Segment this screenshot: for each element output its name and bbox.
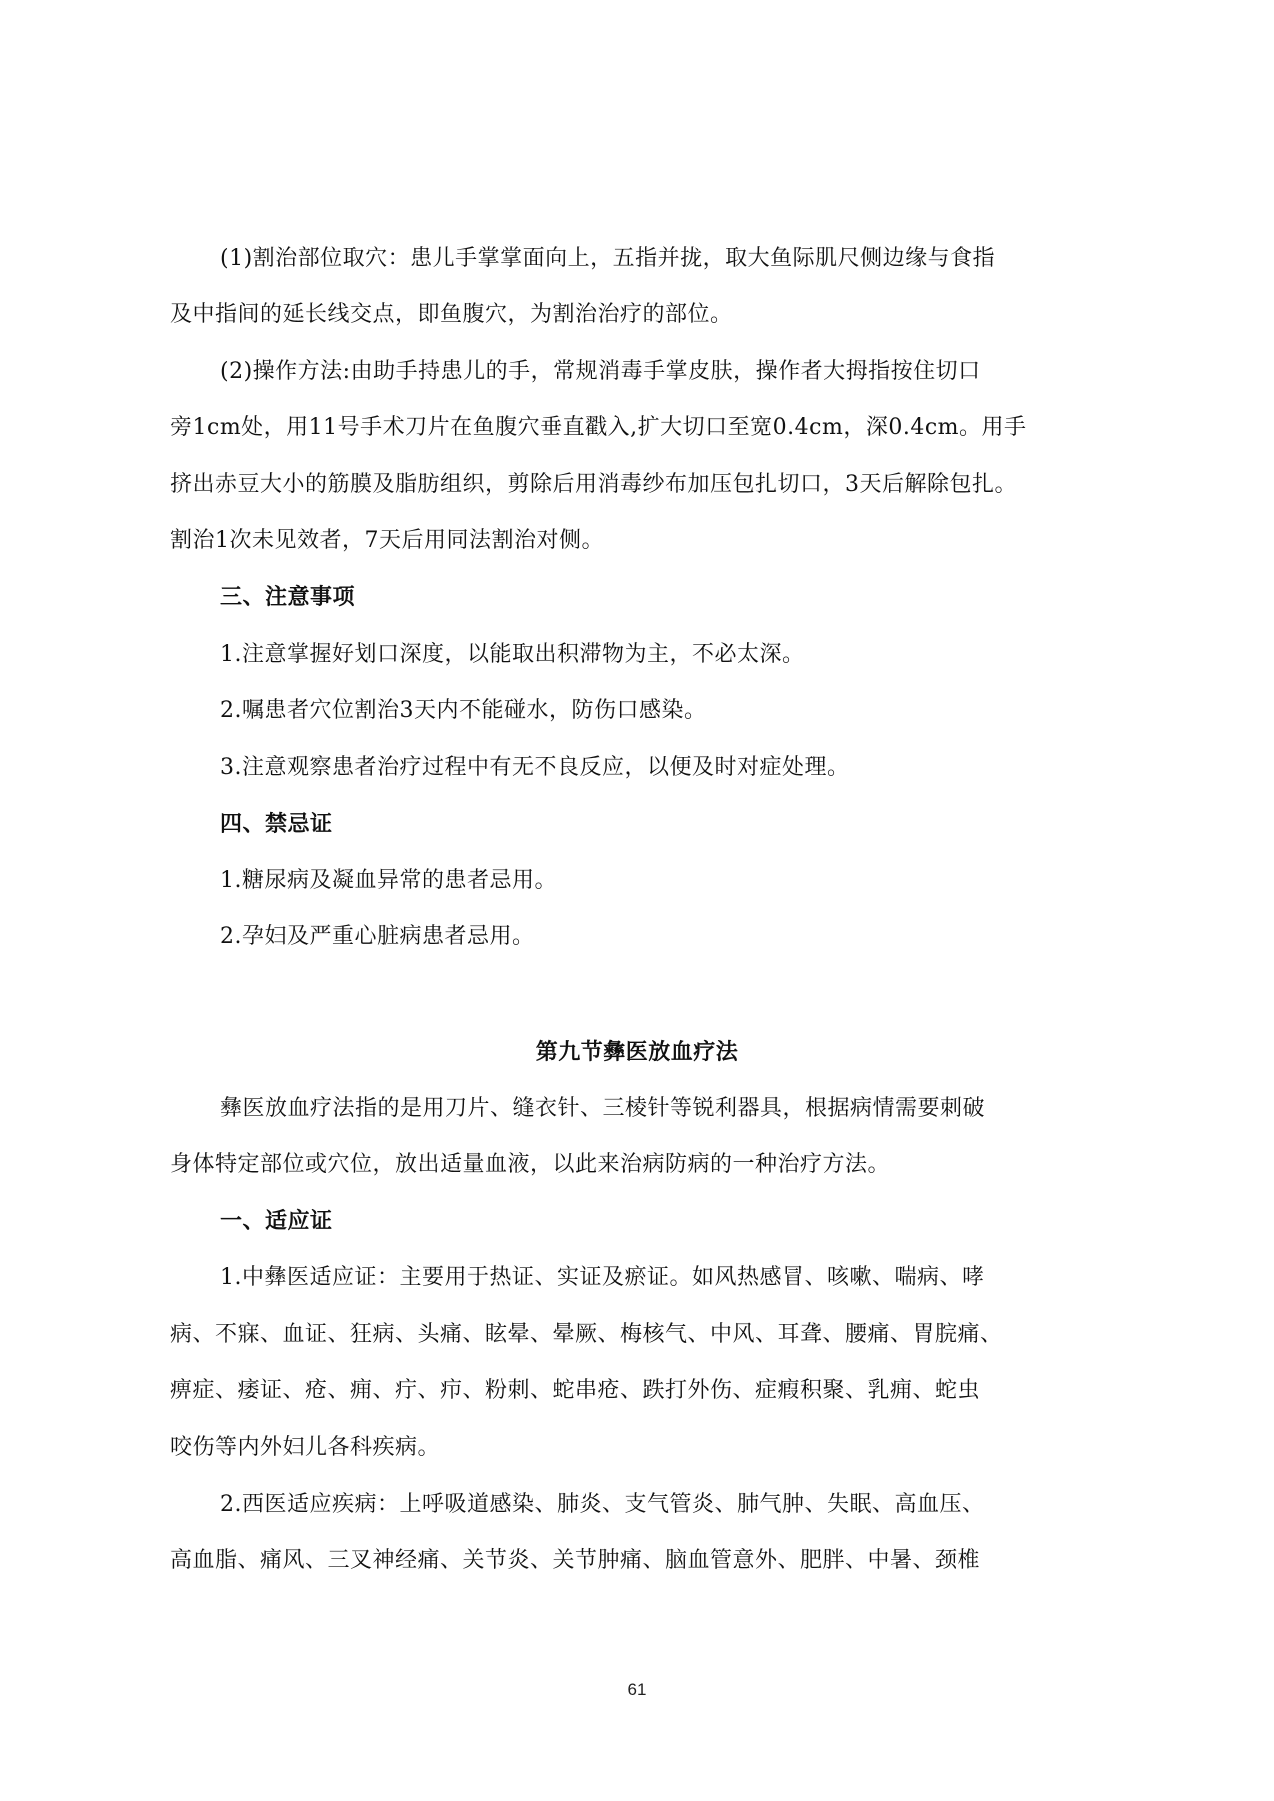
paragraph-line: 旁1cm处，用11号手术刀片在鱼腹穴垂直戳入,扩大切口至宽0.4cm，深0.4c…	[170, 413, 1027, 443]
section-intro-line: 彝医放血疗法指的是用刀片、缝衣针、三棱针等锐利器具，根据病情需要刺破	[220, 1094, 985, 1124]
notes-heading: 三、注意事项	[220, 583, 355, 613]
indication-line: 咬伤等内外妇儿各科疾病。	[170, 1433, 440, 1463]
contraindications-item: 1.糖尿病及凝血异常的患者忌用。	[220, 866, 557, 896]
notes-item: 1.注意掌握好划口深度，以能取出积滞物为主，不必太深。	[220, 640, 805, 670]
section-intro-line: 身体特定部位或穴位，放出适量血液，以此来治病防病的一种治疗方法。	[170, 1150, 890, 1180]
indication-line: 痹症、痿证、疮、痈、疔、疖、粉刺、蛇串疮、跌打外伤、症瘕积聚、乳痈、蛇虫	[170, 1376, 980, 1406]
page-number: 61	[0, 1680, 1274, 1700]
paragraph-line: 割治1次未见效者，7天后用同法割治对侧。	[170, 526, 604, 556]
indication-line: 1.中彝医适应证：主要用于热证、实证及瘀证。如风热感冒、咳嗽、喘病、哮	[220, 1263, 985, 1293]
contraindications-heading: 四、禁忌证	[220, 810, 333, 840]
indications-heading: 一、适应证	[220, 1207, 333, 1237]
indication-line: 高血脂、痛风、三叉神经痛、关节炎、关节肿痛、脑血管意外、肥胖、中暑、颈椎	[170, 1546, 980, 1576]
indication-line: 2.西医适应疾病：上呼吸道感染、肺炎、支气管炎、肺气肿、失眠、高血压、	[220, 1490, 985, 1520]
indication-line: 病、不寐、血证、狂病、头痛、眩晕、晕厥、梅核气、中风、耳聋、腰痛、胃脘痛、	[170, 1320, 1003, 1350]
paragraph-line: (1)割治部位取穴：患儿手掌掌面向上，五指并拢，取大鱼际肌尺侧边缘与食指	[220, 244, 995, 274]
paragraph-line: 及中指间的延长线交点，即鱼腹穴，为割治治疗的部位。	[170, 300, 733, 330]
section-title: 第九节彝医放血疗法	[0, 1038, 1274, 1068]
paragraph-line: 挤出赤豆大小的筋膜及脂肪组织，剪除后用消毒纱布加压包扎切口，3天后解除包扎。	[170, 470, 1017, 500]
contraindications-item: 2.孕妇及严重心脏病患者忌用。	[220, 922, 535, 952]
paragraph-line: (2)操作方法:由助手持患儿的手，常规消毒手掌皮肤，操作者大拇指按住切口	[220, 357, 981, 387]
notes-item: 3.注意观察患者治疗过程中有无不良反应，以便及时对症处理。	[220, 753, 850, 783]
document-page: (1)割治部位取穴：患儿手掌掌面向上，五指并拢，取大鱼际肌尺侧边缘与食指 及中指…	[0, 0, 1274, 1801]
notes-item: 2.嘱患者穴位割治3天内不能碰水，防伤口感染。	[220, 696, 707, 726]
